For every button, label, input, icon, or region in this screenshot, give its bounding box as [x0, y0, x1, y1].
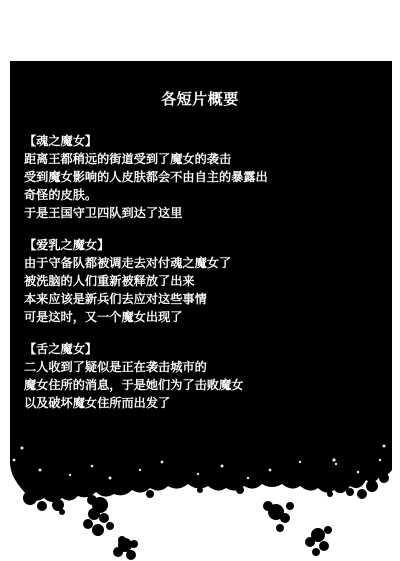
section-line: 本来应该是新兵们去应对这些事情: [24, 290, 231, 308]
page-title: 各短片概要: [0, 88, 400, 109]
section-line: 于是王国守卫四队到达了这里: [24, 204, 268, 222]
section-soul-witch: 【魂之魔女】 距离王都稍远的街道受到了魔女的袭击 受到魔女影响的人皮肤都会不由自…: [24, 132, 268, 222]
section-tongue-witch: 【舌之魔女】 二人收到了疑似是正在袭击城市的 魔女住所的消息，于是她们为了击败魔…: [24, 340, 243, 412]
section-breast-witch: 【爱乳之魔女】 由于守备队都被调走去对付魂之魔女了 被洗脑的人们重新被释放了出来…: [24, 236, 231, 326]
section-line: 二人收到了疑似是正在袭击城市的: [24, 358, 243, 376]
section-line: 奇怪的皮肤。: [24, 186, 268, 204]
section-line: 受到魔女影响的人皮肤都会不由自主的暴露出: [24, 168, 268, 186]
section-line: 由于守备队都被调走去对付魂之魔女了: [24, 254, 231, 272]
section-line: 被洗脑的人们重新被释放了出来: [24, 272, 231, 290]
section-line: 距离王都稍远的街道受到了魔女的袭击: [24, 150, 268, 168]
section-line: 可是这时，又一个魔女出现了: [24, 308, 231, 326]
section-line: 以及破坏魔女住所而出发了: [24, 394, 243, 412]
section-line: 魔女住所的消息，于是她们为了击败魔女: [24, 376, 243, 394]
section-heading: 【魂之魔女】: [24, 132, 268, 150]
section-heading: 【爱乳之魔女】: [24, 236, 231, 254]
section-heading: 【舌之魔女】: [24, 340, 243, 358]
